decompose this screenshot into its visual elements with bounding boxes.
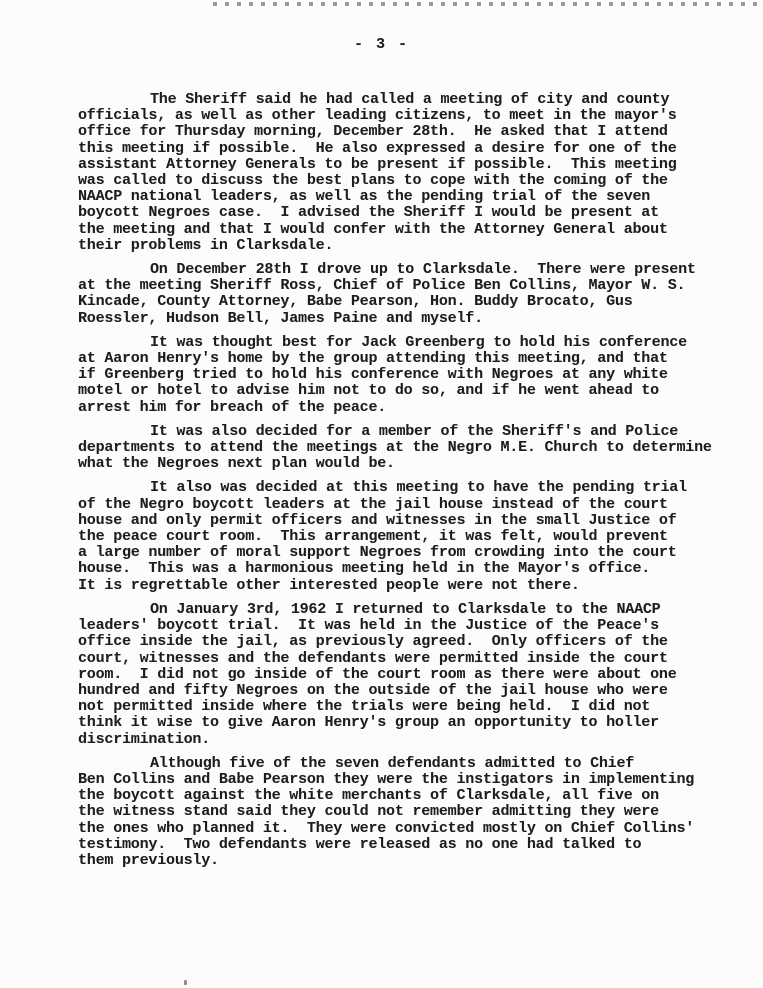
paragraph: The Sheriff said he had called a meeting… — [78, 92, 758, 254]
paragraph: Although five of the seven defendants ad… — [78, 756, 758, 869]
paragraph: It was thought best for Jack Greenberg t… — [78, 335, 758, 416]
paragraph: On December 28th I drove up to Clarksdal… — [78, 262, 758, 327]
document-page: - 3 - The Sheriff said he had called a m… — [0, 0, 763, 988]
paragraph: It was also decided for a member of the … — [78, 424, 758, 473]
page-number: - 3 - — [0, 36, 763, 53]
ink-speck — [184, 980, 187, 985]
paragraph: It also was decided at this meeting to h… — [78, 480, 758, 593]
document-body: The Sheriff said he had called a meeting… — [78, 92, 758, 877]
paragraph: On January 3rd, 1962 I returned to Clark… — [78, 602, 758, 748]
perforation-dots — [213, 2, 763, 6]
